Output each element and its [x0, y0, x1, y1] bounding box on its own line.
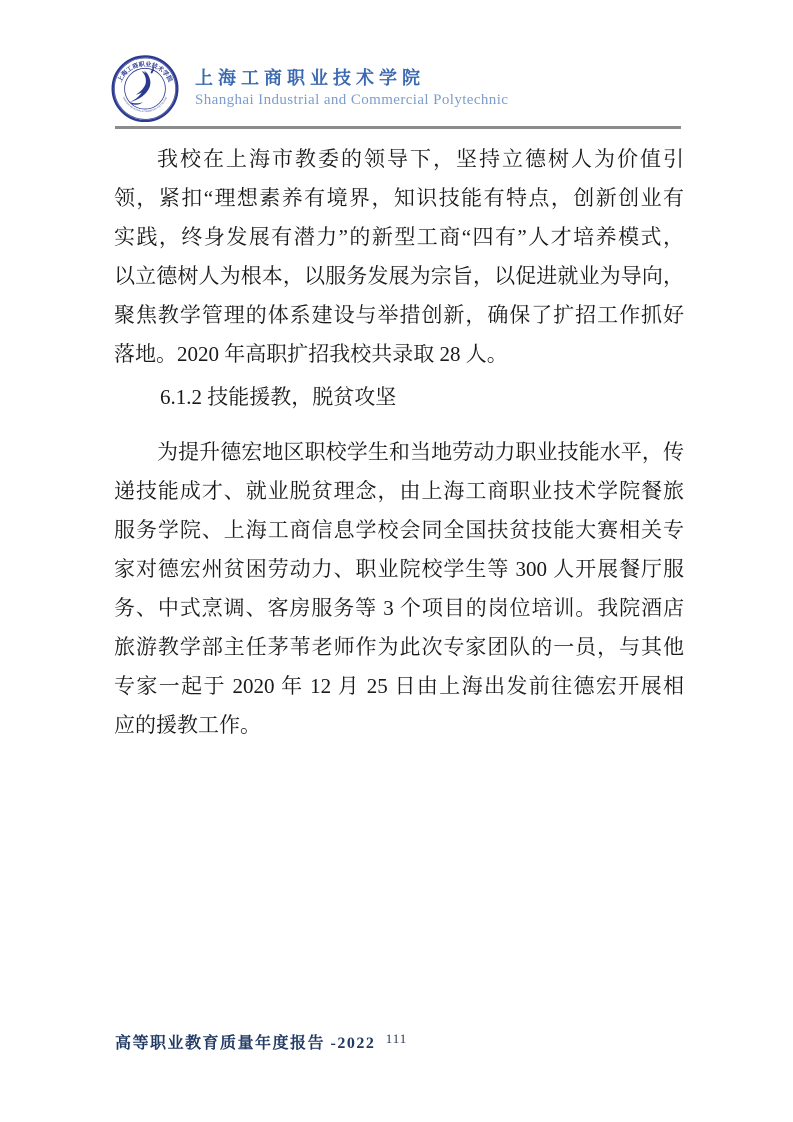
paragraph-line: 家对德宏州贫困劳动力、职业院校学生等 300 人开展餐厅服 — [114, 550, 684, 589]
school-name-block: 上海工商职业技术学院 Shanghai Industrial and Comme… — [195, 54, 508, 109]
paragraph-line: 服务学院、上海工商信息学校会同全国扶贫技能大赛相关专 — [114, 511, 684, 550]
paragraph-line: 为提升德宏地区职校学生和当地劳动力职业技能水平，传 — [114, 433, 684, 472]
paragraph-line: 以立德树人为根本，以服务发展为宗旨，以促进就业为导向， — [114, 257, 684, 296]
header-divider — [115, 126, 681, 129]
paragraph-line: 领，紧扣“理想素养有境界，知识技能有特点，创新创业有 — [114, 179, 684, 218]
school-name-en: Shanghai Industrial and Commercial Polyt… — [195, 92, 508, 109]
paragraph-line: 应的援教工作。 — [114, 706, 684, 745]
paragraph-line: 旅游教学部主任茅苇老师作为此次专家团队的一员，与其他 — [114, 628, 684, 667]
paragraph-line: 我校在上海市教委的领导下，坚持立德树人为价值引 — [114, 140, 684, 179]
paragraph-2: 为提升德宏地区职校学生和当地劳动力职业技能水平，传 递技能成才、就业脱贫理念，由… — [114, 433, 684, 745]
page-footer: 高等职业教育质量年度报告 -2022 111 — [0, 1030, 793, 1054]
paragraph-line: 实践，终身发展有潜力”的新型工商“四有”人才培养模式， — [114, 218, 684, 257]
school-name-zh: 上海工商职业技术学院 — [195, 67, 508, 89]
page-header: 上海工商职业技术学院 SHANGHAI INDUSTRIAL & COMMERC… — [111, 54, 508, 122]
paragraph-line: 落地。2020 年高职扩招我校共录取 28 人。 — [114, 335, 684, 374]
school-seal-icon: 上海工商职业技术学院 SHANGHAI INDUSTRIAL & COMMERC… — [111, 54, 179, 122]
section-heading: 6.1.2 技能援教，脱贫攻坚 — [114, 378, 684, 417]
paragraph-line: 专家一起于 2020 年 12 月 25 日由上海出发前往德宏开展相 — [114, 667, 684, 706]
paragraph-line: 聚焦教学管理的体系建设与举措创新，确保了扩招工作抓好 — [114, 296, 684, 335]
document-body: 我校在上海市教委的领导下，坚持立德树人为价值引 领，紧扣“理想素养有境界，知识技… — [114, 140, 684, 745]
document-page: 上海工商职业技术学院 SHANGHAI INDUSTRIAL & COMMERC… — [0, 0, 793, 1122]
paragraph-line: 务、中式烹调、客房服务等 3 个项目的岗位培训。我院酒店 — [114, 589, 684, 628]
paragraph-line: 递技能成才、就业脱贫理念，由上海工商职业技术学院餐旅 — [114, 472, 684, 511]
paragraph-1: 我校在上海市教委的领导下，坚持立德树人为价值引 领，紧扣“理想素养有境界，知识技… — [114, 140, 684, 374]
page-number: 111 — [0, 1031, 793, 1047]
